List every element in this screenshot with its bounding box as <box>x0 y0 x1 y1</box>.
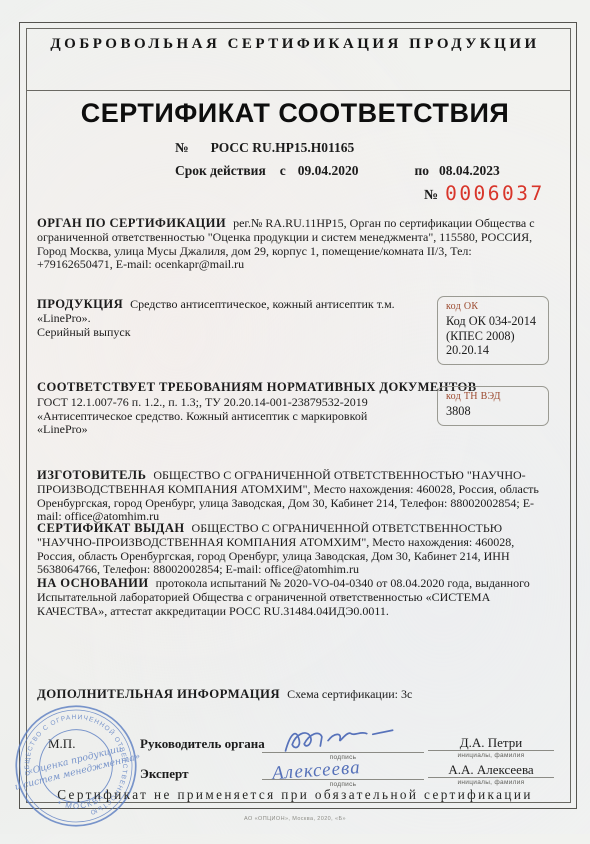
from-label: с <box>280 163 286 178</box>
expert-role-label: Эксперт <box>140 766 188 782</box>
product-line2: «LinePro». <box>37 311 91 325</box>
standards-line1: ГОСТ 12.1.007-76 п. 1.2., п. 1.3;, ТУ 20… <box>37 395 368 409</box>
head-name-caption: инициалы, фамилия <box>428 752 554 759</box>
registration-number: РОСС RU.НР15.Н01165 <box>211 140 355 155</box>
standards-line3: «LinePro» <box>37 422 88 436</box>
issued-to-label: СЕРТИФИКАТ ВЫДАН <box>37 521 185 535</box>
ok-code-line3: 20.20.14 <box>446 343 540 358</box>
certification-body-section: ОРГАН ПО СЕРТИФИКАЦИИрег.№ RA.RU.11НР15,… <box>37 217 545 272</box>
product-line3: Серийный выпуск <box>37 325 131 339</box>
number-sign: № <box>175 140 189 155</box>
product-section: ПРОДУКЦИЯСредство антисептическое, кожны… <box>37 298 429 339</box>
standards-line2: «Антисептическое средство. Кожный антисе… <box>37 409 367 423</box>
head-name-line <box>428 735 554 751</box>
expert-signature-line <box>262 764 424 780</box>
to-date: 08.04.2023 <box>439 163 500 178</box>
tn-ved-value: 3808 <box>446 404 540 419</box>
basis-label: НА ОСНОВАНИИ <box>37 576 149 590</box>
blank-number: 0006037 <box>445 182 545 205</box>
registration-number-row: №РОСС RU.НР15.Н01165 <box>175 140 354 156</box>
blank-number-sign: № <box>424 188 438 203</box>
expert-name-caption: инициалы, фамилия <box>428 779 554 786</box>
document-banner: ДОБРОВОЛЬНАЯ СЕРТИФИКАЦИЯ ПРОДУКЦИИ <box>0 36 590 53</box>
footer-note: Сертификат не применяется при обязательн… <box>0 787 590 803</box>
tn-ved-label: код ТН ВЭД <box>446 391 540 402</box>
additional-info-label: ДОПОЛНИТЕЛЬНАЯ ИНФОРМАЦИЯ <box>37 687 280 701</box>
standards-section: СООТВЕТСТВУЕТ ТРЕБОВАНИЯМ НОРМАТИВНЫХ ДО… <box>37 381 451 437</box>
manufacturer-section: ИЗГОТОВИТЕЛЬОБЩЕСТВО С ОГРАНИЧЕННОЙ ОТВЕ… <box>37 469 545 524</box>
validity-row: Срок действияс09.04.2020по08.04.2023 <box>175 163 500 179</box>
expert-name-line <box>428 762 554 778</box>
product-label: ПРОДУКЦИЯ <box>37 297 123 311</box>
head-role-label: Руководитель органа <box>140 736 265 752</box>
additional-info-text: Схема сертификации: 3с <box>287 687 412 701</box>
ok-code-label: код ОК <box>446 301 540 312</box>
product-line1: Средство антисептическое, кожный антисеп… <box>130 297 395 311</box>
to-label: по <box>415 163 430 178</box>
page-title: СЕРТИФИКАТ СООТВЕТСТВИЯ <box>0 98 590 129</box>
basis-section: НА ОСНОВАНИИпротокола испытаний № 2020-V… <box>37 577 545 618</box>
validity-label: Срок действия <box>175 163 266 178</box>
head-signature-line <box>262 737 424 753</box>
header-divider <box>27 90 570 91</box>
ok-code-line2: (КПЕС 2008) <box>446 329 540 344</box>
manufacturer-label: ИЗГОТОВИТЕЛЬ <box>37 468 146 482</box>
certification-body-label: ОРГАН ПО СЕРТИФИКАЦИИ <box>37 216 226 230</box>
ok-code-box: код ОК Код ОК 034-2014 (КПЕС 2008) 20.20… <box>437 296 549 365</box>
issued-to-section: СЕРТИФИКАТ ВЫДАНОБЩЕСТВО С ОГРАНИЧЕННОЙ … <box>37 522 545 577</box>
blank-number-row: №0006037 <box>424 181 545 204</box>
ok-code-line1: Код ОК 034-2014 <box>446 314 540 329</box>
from-date: 09.04.2020 <box>298 163 359 178</box>
certificate-page: ДОБРОВОЛЬНАЯ СЕРТИФИКАЦИЯ ПРОДУКЦИИ СЕРТ… <box>0 0 590 834</box>
tn-ved-code-box: код ТН ВЭД 3808 <box>437 386 549 426</box>
print-shop-info: АО «ОПЦИОН», Москва, 2020, «Б» <box>0 816 590 822</box>
